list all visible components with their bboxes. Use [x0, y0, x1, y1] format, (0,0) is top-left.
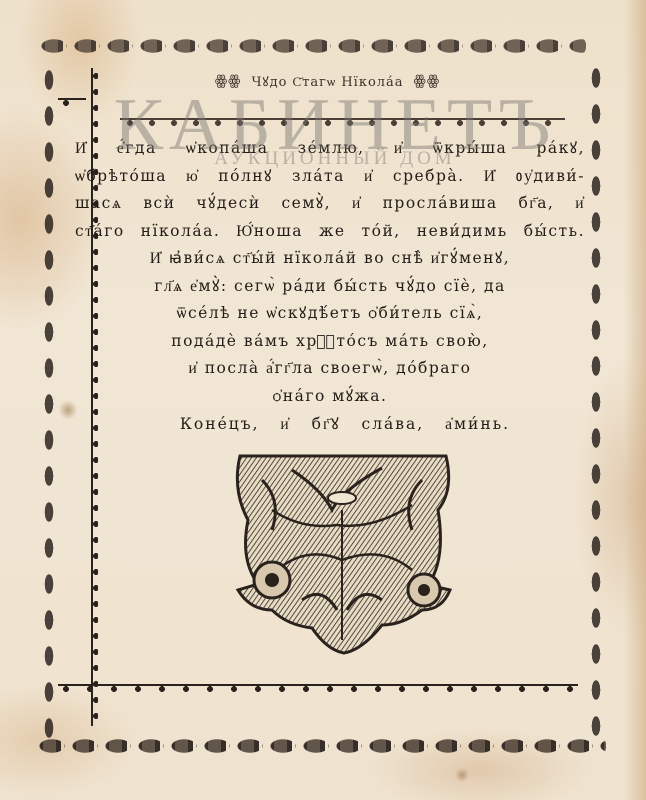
outer-border-right [587, 60, 605, 742]
page-heading: ꙮꙮ Чꙋдо С҃тагѡ Нїкола́а ꙮꙮ [195, 70, 460, 92]
inner-border-corner [58, 96, 86, 106]
body-text: И҆ е҆́гда ѡ҆копа́ша зе́млю, и҆ ѿкры́ша р… [75, 135, 585, 410]
finis-line: Коне́цъ, и҆ бг҃ꙋ сла́ва, а҆ми́нь. [150, 412, 540, 434]
text-line: гл҃ѧ е҆мꙋ̀: сегѡ̀ ра́ди бы́сть чꙋ́до сїѐ… [75, 273, 585, 301]
text-line: И҆ е҆́гда ѡ҆копа́ша зе́млю, и҆ ѿкры́ша р… [75, 135, 585, 163]
header-ornament [120, 115, 565, 127]
text-line: ѿсе́лѣ не ѡ҆скꙋдѣ́етъ ѻ҆би́тель сїѧ̀, [75, 300, 585, 328]
woodcut-ornament-icon [232, 450, 454, 655]
text-line: ѡ҆брѣто́ша ю҆ по́лнꙋ зла́та и҆ сребра̀. … [75, 163, 585, 191]
text-line: пода́дѐ ва́мъ хрⷭ҇то́съ ма́ть свою̀, [75, 328, 585, 356]
fleuron-icon: ꙮꙮ [215, 73, 242, 89]
inner-border-bottom [58, 682, 578, 692]
page-edge [624, 0, 646, 800]
fleuron-icon: ꙮꙮ [414, 73, 441, 89]
heading-title: Чꙋдо С҃тагѡ Нїкола́а [251, 72, 403, 90]
text-line: шасѧ всѝ чꙋ́десѝ семꙋ̀, и҆ просла́виша б… [75, 190, 585, 218]
text-line: ѻ҆на́го мꙋ́жа. [75, 383, 585, 411]
text-line: ст҃а́го нїкола́а. Ю҆́ноша же то́й, неви́… [75, 218, 585, 246]
text-line: и҆ посла̀ а҆́гг҃ла своегѡ̀, до́браго [75, 355, 585, 383]
outer-border-top [38, 38, 586, 54]
text-line: И҆ ꙗ҆ви́сѧ ст҃ы́й нїкола́й во снѣ̀ и҆гꙋ́… [75, 245, 585, 273]
outer-border-left [40, 62, 58, 742]
outer-border-bottom [36, 738, 606, 754]
